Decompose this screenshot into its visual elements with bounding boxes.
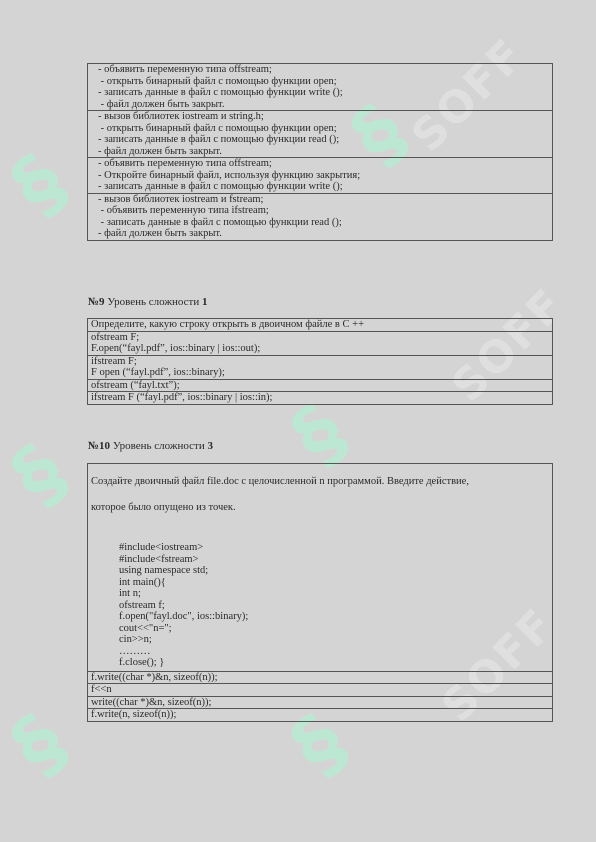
option-line: f<<n	[91, 684, 549, 696]
option-line: ofstream F;	[91, 332, 549, 344]
option-line: - вызов библиотек iostream и fstream;	[98, 194, 549, 206]
task10-level: 3	[207, 440, 213, 452]
option-line: ifstream F;	[91, 356, 549, 368]
task9-question: Определите, какую строку открыть в двоич…	[91, 319, 549, 331]
task9-table: Определите, какую строку открыть в двоич…	[87, 318, 553, 405]
option-line: f.write((char *)&n, sizeof(n));	[91, 672, 549, 684]
task10-level-label: Уровень сложности	[110, 440, 207, 452]
option-line: - записать данные в файл с помощью функц…	[98, 134, 549, 146]
task8-option-row: - вызов библиотек iostream и string.h; -…	[88, 111, 553, 158]
task8-option-row: - вызов библиотек iostream и fstream; - …	[88, 193, 553, 240]
task9-option-row: ifstream F; F open (“fayl.pdf”, ios::bin…	[88, 355, 553, 379]
code-line: cout<<"n=";	[119, 623, 549, 635]
task9-option-row: ifstream F (“fayl.pdf”, ios::binary | io…	[88, 392, 553, 405]
task10-code-block: #include<iostream> #include<fstream> usi…	[91, 542, 549, 669]
task9-number: №9	[88, 296, 105, 308]
task9-level-label: Уровень сложности	[105, 296, 202, 308]
task10-heading: №10 Уровень сложности 3	[88, 440, 213, 452]
option-line: - открыть бинарный файл с помощью функци…	[98, 123, 549, 135]
code-line: f.open("fayl.doc", ios::binary);	[119, 611, 549, 623]
option-line: - файл должен быть закрыт.	[98, 228, 549, 240]
option-line: - открыть бинарный файл с помощью функци…	[98, 76, 549, 88]
task8-option-row: - объявить переменную типа offstream; - …	[88, 64, 553, 111]
watermark-logo-icon: §	[0, 428, 83, 522]
code-line: #include<iostream>	[119, 542, 549, 554]
option-line: - файл должен быть закрыт.	[98, 99, 549, 111]
task8-option-row: - объявить переменную типа offstream; - …	[88, 158, 553, 194]
watermark-logo-icon: §	[0, 138, 83, 232]
option-line: - объявить переменную типа ifstream;	[98, 205, 549, 217]
option-line: - записать данные в файл с помощью функц…	[98, 217, 549, 229]
task9-option-row: ofstream (“fayl.txt”);	[88, 379, 553, 392]
task10-question-line2: которое было опущено из точек.	[91, 502, 549, 514]
code-line: #include<fstream>	[119, 554, 549, 566]
task8-options-table: - объявить переменную типа offstream; - …	[87, 63, 553, 241]
code-line: ofstream f;	[119, 600, 549, 612]
task10-question-row: Создайте двоичный файл file.doc с целочи…	[88, 464, 553, 672]
task9-question-row: Определите, какую строку открыть в двоич…	[88, 319, 553, 332]
code-line: cin>>n;	[119, 634, 549, 646]
option-line: - вызов библиотек iostream и string.h;	[98, 111, 549, 123]
code-line: int main(){	[119, 577, 549, 589]
task10-option-row: write((char *)&n, sizeof(n));	[88, 696, 553, 709]
task10-number: №10	[88, 440, 110, 452]
task10-option-row: f<<n	[88, 684, 553, 697]
task10-table: Создайте двоичный файл file.doc с целочи…	[87, 463, 553, 722]
code-line: f.close(); }	[119, 657, 549, 669]
option-line: F open (“fayl.pdf”, ios::binary);	[91, 367, 549, 379]
option-line: - объявить переменную типа offstream;	[98, 158, 549, 170]
code-line: int n;	[119, 588, 549, 600]
task10-option-row: f.write((char *)&n, sizeof(n));	[88, 671, 553, 684]
option-line: - Откройте бинарный файл, используя функ…	[98, 170, 549, 182]
option-line: F.open(“fayl.pdf”, ios::binary | ios::ou…	[91, 343, 549, 355]
task10-question-line1: Создайте двоичный файл file.doc с целочи…	[91, 476, 549, 488]
option-line: ifstream F (“fayl.pdf”, ios::binary | io…	[91, 392, 549, 404]
task10-option-row: f.write(n, sizeof(n));	[88, 709, 553, 722]
option-line: ofstream (“fayl.txt”);	[91, 380, 549, 392]
code-line: using namespace std;	[119, 565, 549, 577]
option-line: f.write(n, sizeof(n));	[91, 709, 549, 721]
option-line: - записать данные в файл с помощью функц…	[98, 87, 549, 99]
option-line: - записать данные в файл с помощью функц…	[98, 181, 549, 193]
task9-level: 1	[202, 296, 208, 308]
task9-option-row: ofstream F; F.open(“fayl.pdf”, ios::bina…	[88, 331, 553, 355]
code-line: ………	[119, 646, 549, 658]
option-line: write((char *)&n, sizeof(n));	[91, 697, 549, 709]
option-line: - объявить переменную типа offstream;	[98, 64, 549, 76]
task9-heading: №9 Уровень сложности 1	[88, 296, 207, 308]
option-line: - файл должен быть закрыт.	[98, 146, 549, 158]
watermark-logo-icon: §	[0, 698, 83, 792]
